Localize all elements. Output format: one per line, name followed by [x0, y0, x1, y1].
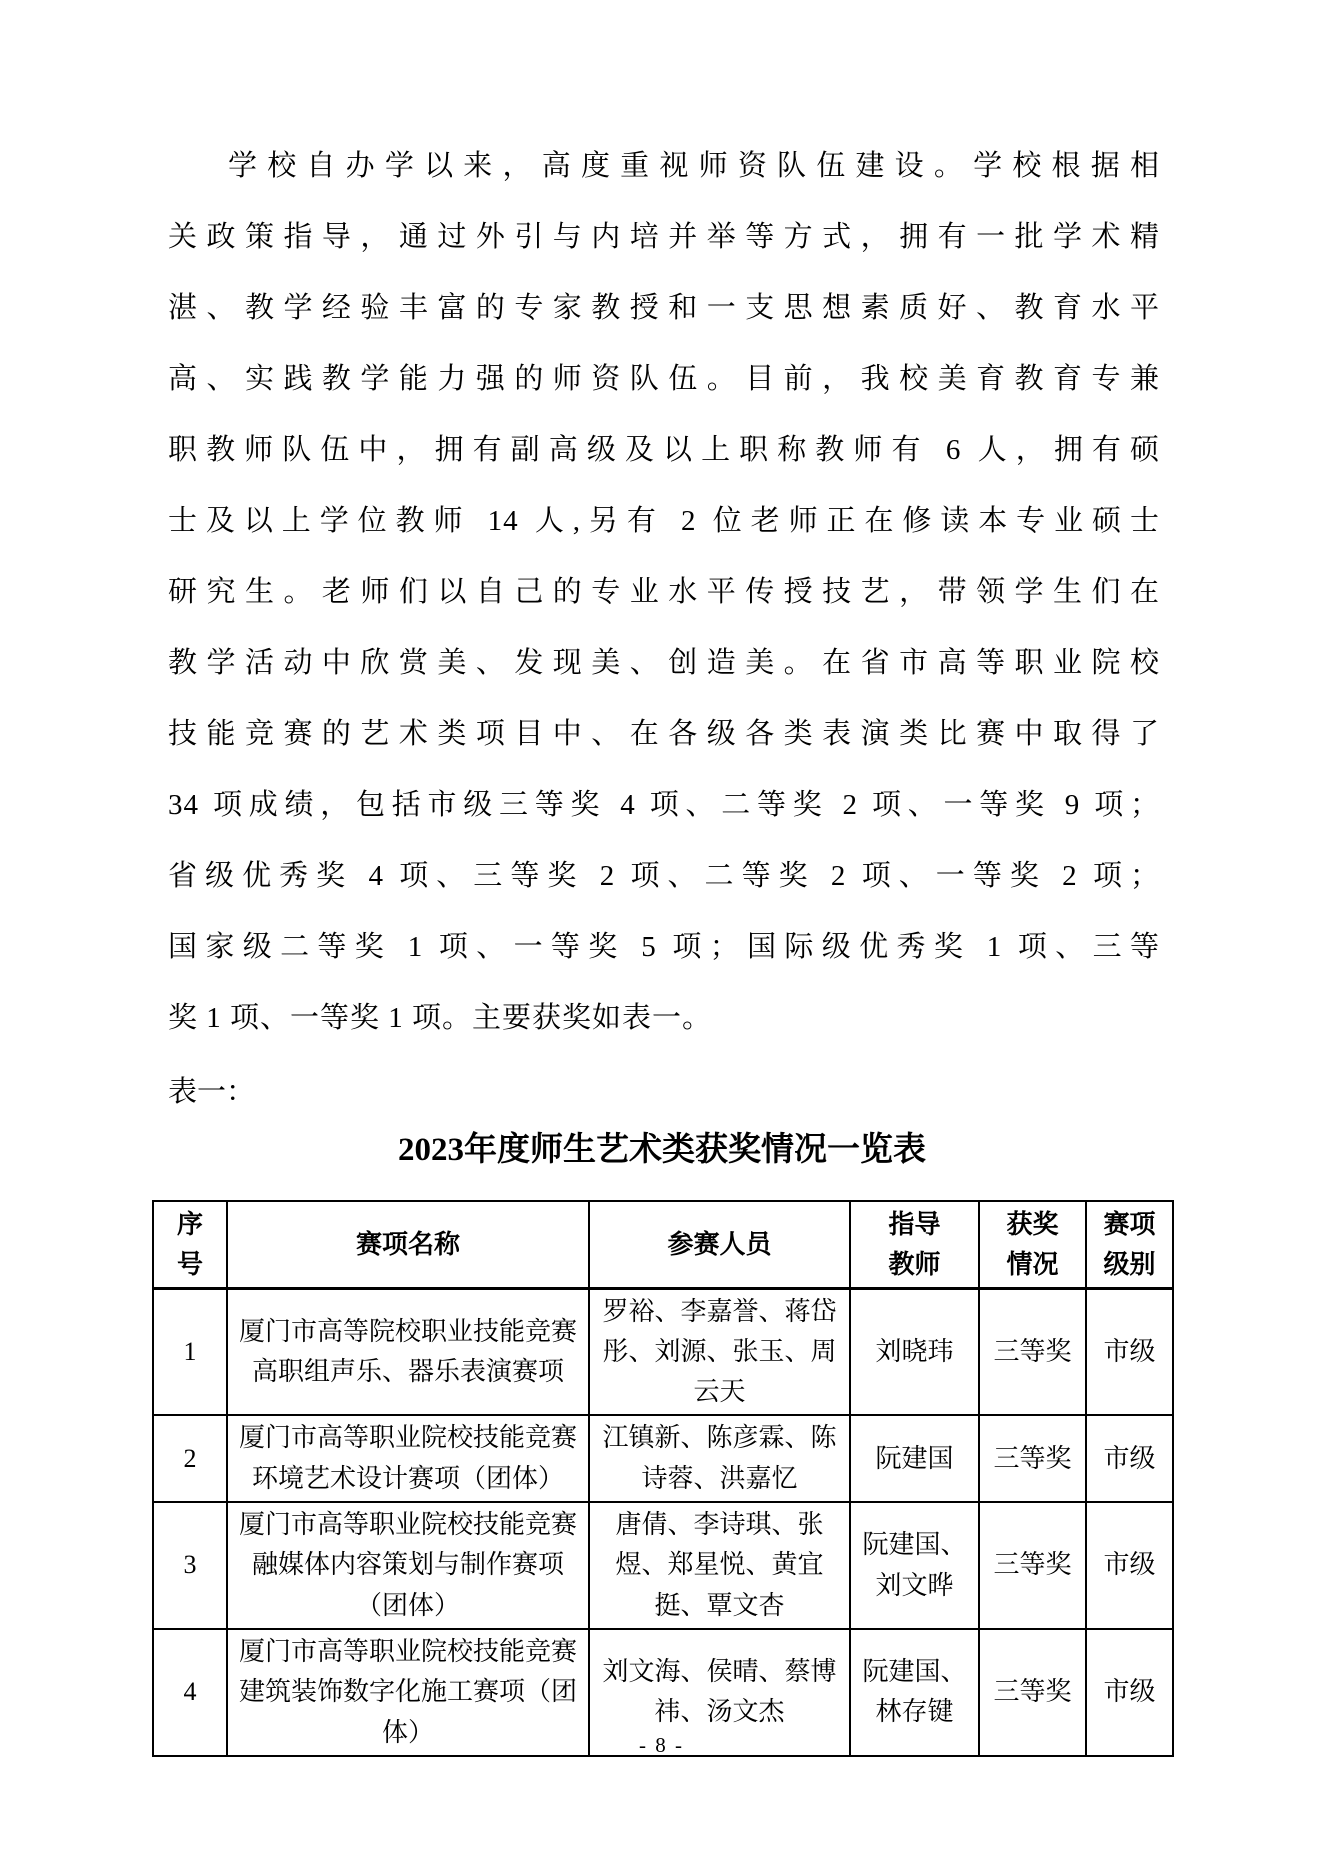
table-row: 3厦门市高等职业院校技能竞赛融媒体内容策划与制作赛项（团体）唐倩、李诗琪、张煜、…	[153, 1502, 1173, 1629]
body-paragraph: 学校自办学以来，高度重视师资队伍建设。学校根据相关政策指导，通过外引与内培并举等…	[168, 131, 1160, 1054]
cell-name: 厦门市高等职业院校技能竞赛融媒体内容策划与制作赛项（团体）	[227, 1502, 589, 1629]
table-caption-label: 表一：	[168, 1057, 255, 1128]
cell-teacher: 阮建国	[850, 1415, 979, 1502]
paragraph-line: 学校自办学以来，高度重视师资队伍建设。学校根据相	[168, 131, 1160, 202]
table-header-cell: 序 号	[153, 1201, 227, 1288]
paragraph-line: 关政策指导，通过外引与内培并举等方式，拥有一批学术精	[168, 202, 1160, 273]
page-number: - 8 -	[0, 1733, 1323, 1758]
cell-name: 厦门市高等职业院校技能竞赛环境艺术设计赛项（团体）	[227, 1415, 589, 1502]
paragraph-line: 士及以上学位教师 14 人,另有 2 位老师正在修读本专业硕士	[168, 486, 1160, 557]
paragraph-line: 湛、教学经验丰富的专家教授和一支思想素质好、教育水平	[168, 273, 1160, 344]
table-row: 1厦门市高等院校职业技能竞赛高职组声乐、器乐表演赛项罗裕、李嘉誉、蒋岱彤、刘源、…	[153, 1288, 1173, 1415]
cell-award: 三等奖	[979, 1288, 1086, 1415]
cell-participants: 罗裕、李嘉誉、蒋岱彤、刘源、张玉、周云天	[589, 1288, 850, 1415]
table-title: 2023年度师生艺术类获奖情况一览表	[152, 1124, 1172, 1176]
cell-teacher: 阮建国、 刘文晔	[850, 1502, 979, 1629]
cell-award: 三等奖	[979, 1502, 1086, 1629]
table-header-cell: 赛项名称	[227, 1201, 589, 1288]
paragraph-line: 技能竞赛的艺术类项目中、在各级各类表演类比赛中取得了	[168, 699, 1160, 770]
table-header-cell: 指导 教师	[850, 1201, 979, 1288]
cell-level: 市级	[1086, 1415, 1173, 1502]
paragraph-line: 国家级二等奖 1 项、一等奖 5 项；国际级优秀奖 1 项、三等	[168, 912, 1160, 983]
paragraph-line: 教学活动中欣赏美、发现美、创造美。在省市高等职业院校	[168, 628, 1160, 699]
paragraph-line: 奖 1 项、一等奖 1 项。主要获奖如表一。	[168, 983, 1160, 1054]
paragraph-line: 职教师队伍中，拥有副高级及以上职称教师有 6 人，拥有硕	[168, 415, 1160, 486]
table-body: 1厦门市高等院校职业技能竞赛高职组声乐、器乐表演赛项罗裕、李嘉誉、蒋岱彤、刘源、…	[153, 1288, 1173, 1756]
cell-no: 1	[153, 1288, 227, 1415]
table-header-row: 序 号赛项名称参赛人员指导 教师获奖 情况赛项 级别	[153, 1201, 1173, 1288]
paragraph-line: 省级优秀奖 4 项、三等奖 2 项、二等奖 2 项、一等奖 2 项；	[168, 841, 1160, 912]
table-header-cell: 获奖 情况	[979, 1201, 1086, 1288]
table-row: 2厦门市高等职业院校技能竞赛环境艺术设计赛项（团体）江镇新、陈彦霖、陈诗蓉、洪嘉…	[153, 1415, 1173, 1502]
cell-no: 2	[153, 1415, 227, 1502]
cell-name: 厦门市高等院校职业技能竞赛高职组声乐、器乐表演赛项	[227, 1288, 589, 1415]
cell-participants: 唐倩、李诗琪、张煜、郑星悦、黄宜挺、覃文杏	[589, 1502, 850, 1629]
cell-participants: 江镇新、陈彦霖、陈诗蓉、洪嘉忆	[589, 1415, 850, 1502]
paragraph-line: 高、实践教学能力强的师资队伍。目前，我校美育教育专兼	[168, 344, 1160, 415]
cell-level: 市级	[1086, 1502, 1173, 1629]
cell-award: 三等奖	[979, 1415, 1086, 1502]
paragraph-line: 研究生。老师们以自己的专业水平传授技艺，带领学生们在	[168, 557, 1160, 628]
cell-teacher: 刘晓玮	[850, 1288, 979, 1415]
table-header-cell: 参赛人员	[589, 1201, 850, 1288]
paragraph-line: 34 项成绩，包括市级三等奖 4 项、二等奖 2 项、一等奖 9 项；	[168, 770, 1160, 841]
document-page: 学校自办学以来，高度重视师资队伍建设。学校根据相关政策指导，通过外引与内培并举等…	[0, 0, 1323, 1871]
table-header-cell: 赛项 级别	[1086, 1201, 1173, 1288]
cell-no: 3	[153, 1502, 227, 1629]
cell-level: 市级	[1086, 1288, 1173, 1415]
awards-table: 序 号赛项名称参赛人员指导 教师获奖 情况赛项 级别 1厦门市高等院校职业技能竞…	[152, 1200, 1174, 1757]
